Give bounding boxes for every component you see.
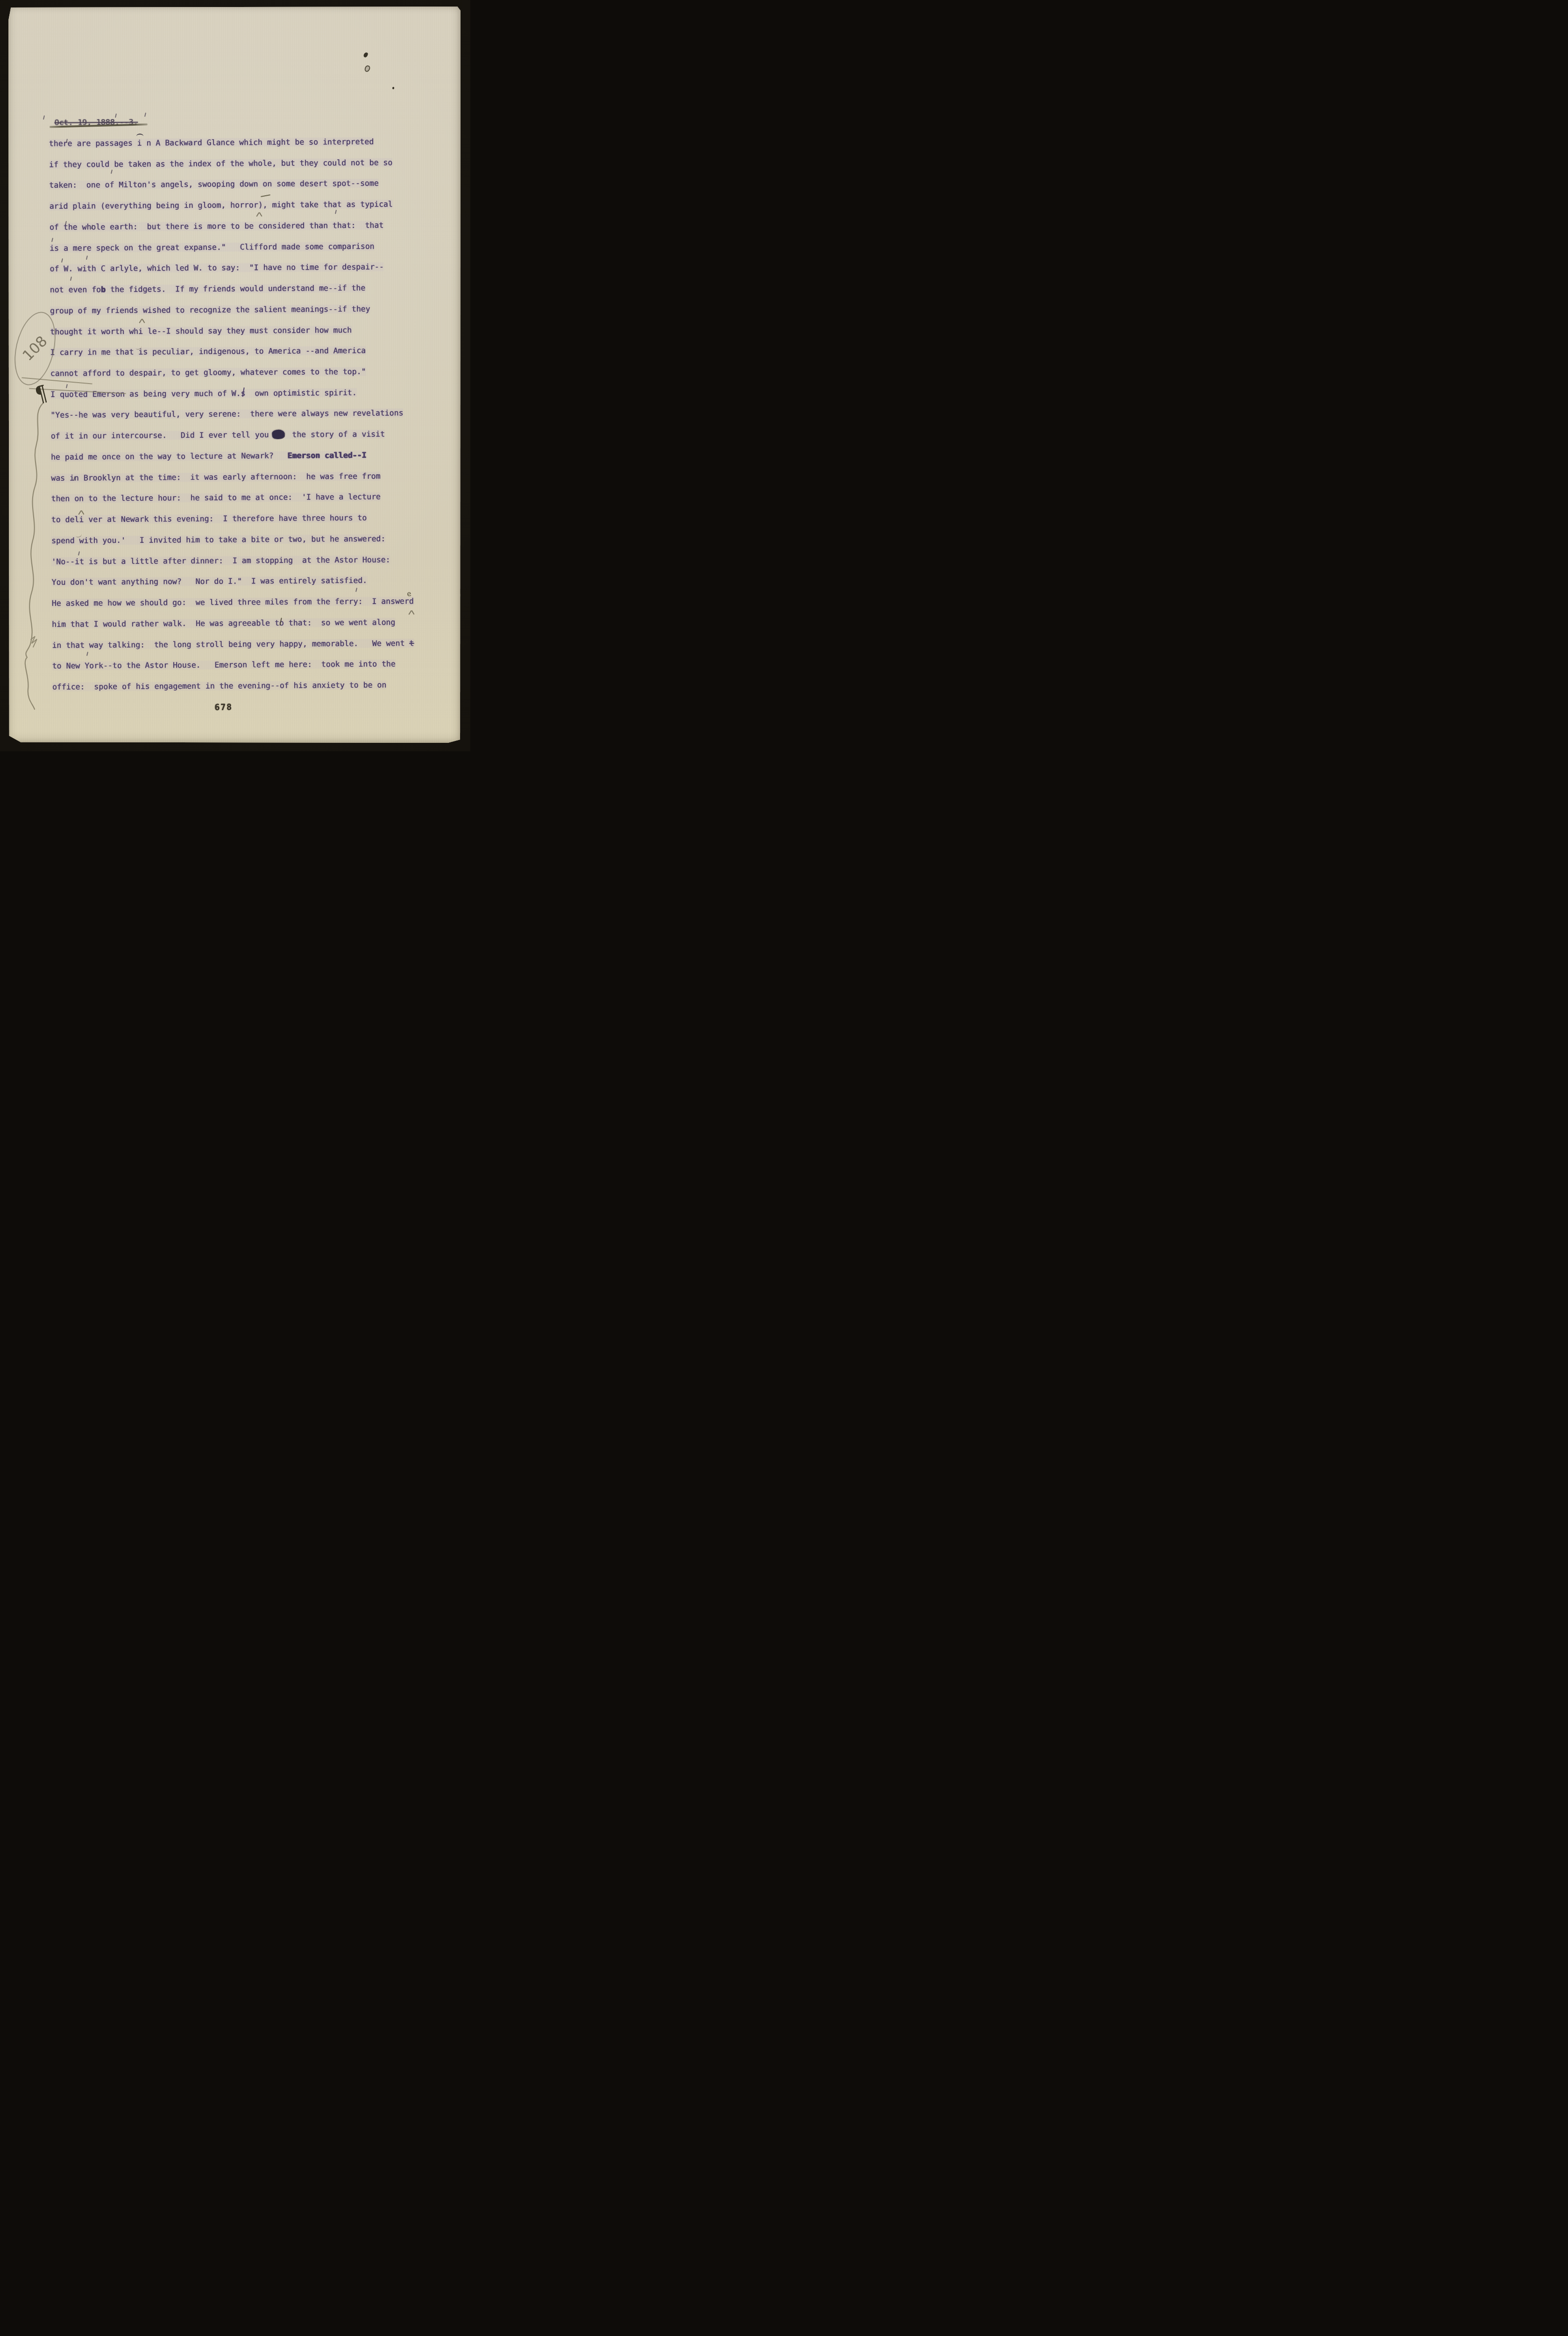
blot-mark <box>392 87 394 89</box>
arc-mark <box>136 134 143 139</box>
typed-segment: him that I would rather walk. He was agr… <box>52 618 395 628</box>
pencil-squiggle-line <box>14 399 58 712</box>
typed-segment: b <box>101 285 106 294</box>
typed-line: in that way talking: the long stroll bei… <box>52 639 414 650</box>
typed-line: was in Brooklyn at the time: it was earl… <box>51 471 380 482</box>
typed-text-block: Oct. 19, 1888.--3. 678 there are passage… <box>8 5 465 744</box>
caret-mark <box>256 212 262 216</box>
caret-mark <box>78 510 84 514</box>
typed-segment: of W. with C arlyle, which led W. to say… <box>50 263 383 273</box>
typed-segment: "Yes--he was very beautiful, very serene… <box>50 409 403 420</box>
typed-line: He asked me how we should go: we lived t… <box>52 597 414 608</box>
typed-segment: not even fo <box>50 285 101 294</box>
typed-segment: group of my friends wished to recognize … <box>50 304 370 315</box>
typed-segment: in that way talking: the long stroll bei… <box>52 639 409 650</box>
typed-line: arid plain (everything being in gloom, h… <box>50 200 393 211</box>
typed-segment: he paid me once on the way to lecture at… <box>51 451 288 462</box>
typed-segment: 'No--it is but a little after dinner: I … <box>51 555 390 566</box>
typed-segment: Emerson called--I <box>287 451 366 460</box>
typed-segment: of it in our intercourse. Did I ever tel… <box>51 430 274 441</box>
circled-number-text: 108 <box>19 333 50 364</box>
typed-line: then on to the lecture hour: he said to … <box>51 492 380 503</box>
typed-segment: arid plain (everything being in gloom, h… <box>50 200 393 211</box>
typed-line: to deli ver at Newark this evening: I th… <box>51 513 367 524</box>
typed-segment: is a mere speck on the great expanse." C… <box>50 242 374 252</box>
typed-line: is a mere speck on the great expanse." C… <box>50 242 374 252</box>
typed-segment: if they could be taken as the index of t… <box>49 158 392 169</box>
typed-line: taken: one of Milton's angels, swooping … <box>49 179 378 190</box>
paper-page: Oct. 19, 1888.--3. 678 there are passage… <box>8 7 461 743</box>
typed-segment: then on to the lecture hour: he said to … <box>51 492 380 503</box>
typed-line: of the whole earth: but there is more to… <box>50 221 383 231</box>
typed-line: not even fob the fidgets. If my friends … <box>50 284 366 294</box>
typed-segment: s <box>241 389 245 398</box>
typed-segment: of <box>273 430 283 439</box>
caret-mark <box>139 319 145 323</box>
typed-segment: spend with you.' I invited him to take a… <box>51 534 385 545</box>
typed-line: spend with you.' I invited him to take a… <box>51 534 385 545</box>
typed-segment: the story of a visit <box>283 430 385 439</box>
typed-line: 'No--it is but a little after dinner: I … <box>51 555 390 566</box>
typed-line: I carry in me that is peculiar, indigeno… <box>50 346 366 357</box>
typed-segment: cannot afford to despair, to get gloomy,… <box>50 367 366 378</box>
typed-segment: thought it worth whi le--I should say th… <box>50 325 352 336</box>
typed-segment: there are passages i n A Backward Glance… <box>49 137 374 148</box>
typed-segment: was in Brooklyn at the time: it was earl… <box>51 471 380 482</box>
typed-line: I quoted Emerson as being very much of W… <box>50 388 357 399</box>
typed-line: thought it worth whi le--I should say th… <box>50 325 352 336</box>
typed-line: there are passages i n A Backward Glance… <box>49 137 374 148</box>
typed-segment: to deli ver at Newark this evening: I th… <box>51 513 367 524</box>
typed-segment: own optimistic spirit. <box>245 388 357 398</box>
typed-segment: You don't want anything now? Nor do I." … <box>51 576 367 587</box>
typed-line: of it in our intercourse. Did I ever tel… <box>51 430 385 441</box>
typed-line: "Yes--he was very beautiful, very serene… <box>50 409 403 420</box>
typed-segment: I carry in me that is peculiar, indigeno… <box>50 346 366 357</box>
typed-segment: of the whole earth: but there is more to… <box>50 221 383 231</box>
typed-segment: to New York--to the Astor House. Emerson… <box>52 660 396 670</box>
typed-line: to New York--to the Astor House. Emerson… <box>52 660 396 670</box>
typed-line: group of my friends wished to recognize … <box>50 304 370 315</box>
typed-line: if they could be taken as the index of t… <box>49 158 392 169</box>
typed-line: him that I would rather walk. He was agr… <box>52 618 395 628</box>
typed-segment: He asked me how we should go: we lived t… <box>52 597 414 608</box>
typed-segment: the fidgets. If my friends would underst… <box>106 284 365 294</box>
typed-segment: office: spoke of his engagement in the e… <box>52 680 386 691</box>
page-number: 678 <box>214 702 233 712</box>
caret-mark <box>409 610 414 614</box>
typed-line: cannot afford to despair, to get gloomy,… <box>50 367 366 378</box>
typed-line: office: spoke of his engagement in the e… <box>52 680 386 691</box>
typed-line: of W. with C arlyle, which led W. to say… <box>50 263 383 273</box>
typed-segment: t <box>409 639 414 648</box>
scan-background: Oct. 19, 1888.--3. 678 there are passage… <box>0 0 470 751</box>
typed-line: You don't want anything now? Nor do I." … <box>51 576 367 587</box>
typed-segment: taken: one of Milton's angels, swooping … <box>49 179 378 190</box>
typed-line: he paid me once on the way to lecture at… <box>51 451 367 462</box>
